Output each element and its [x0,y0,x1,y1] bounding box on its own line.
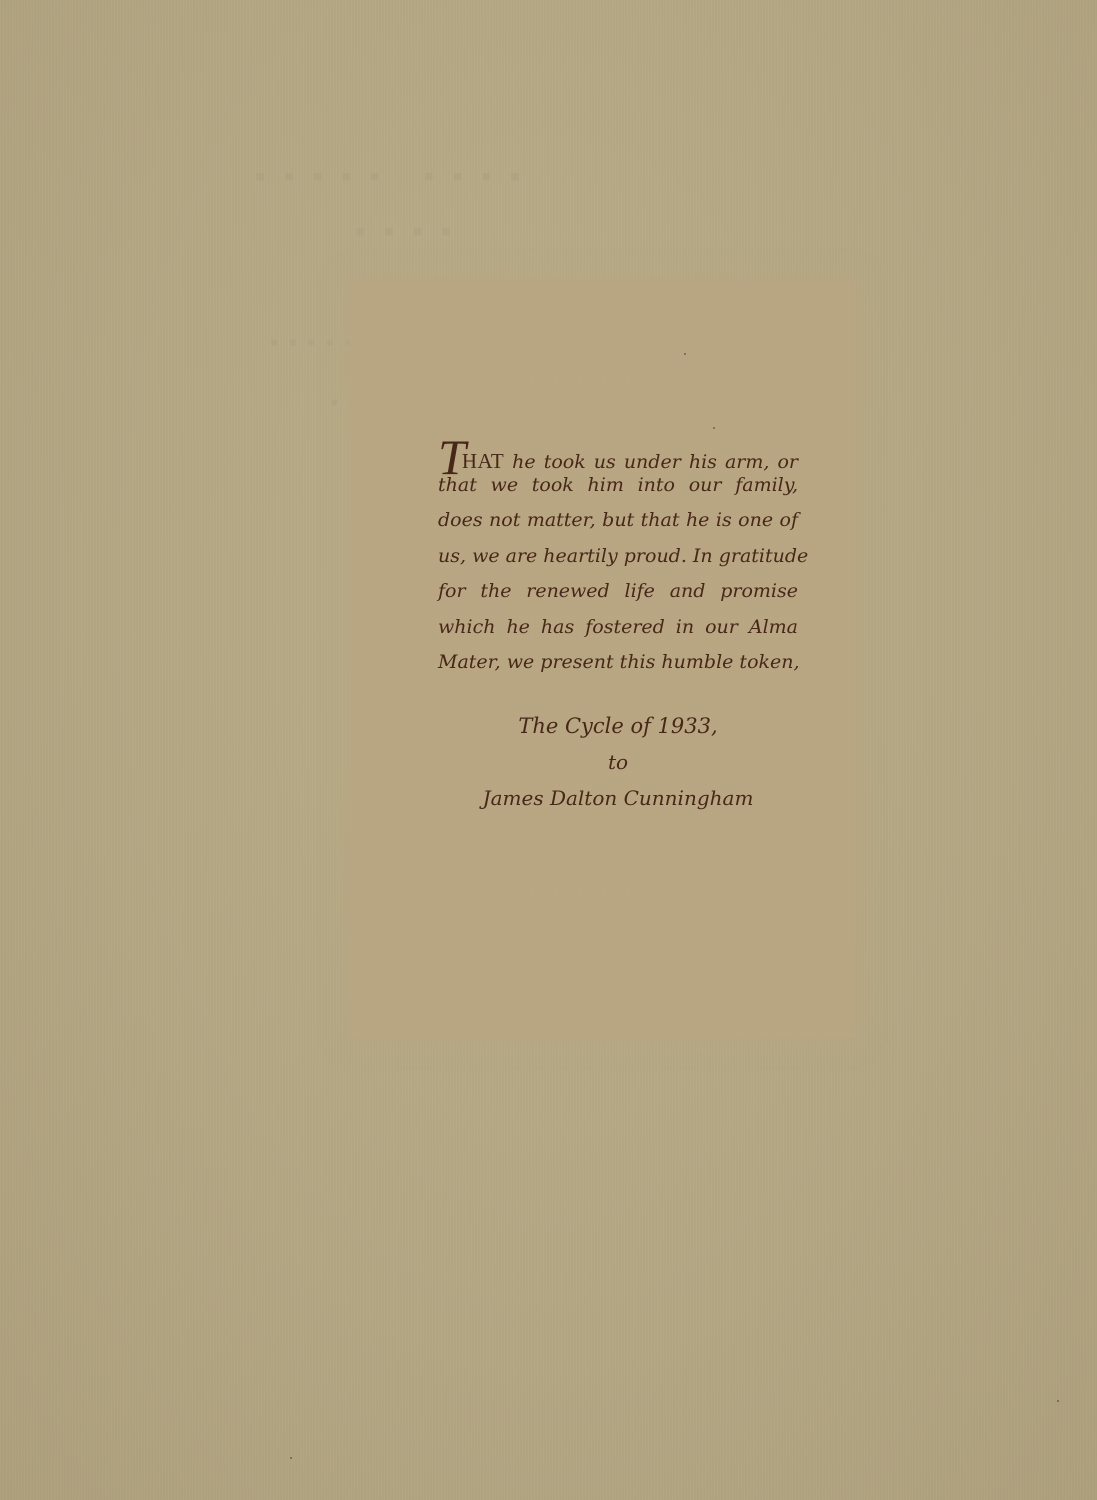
paper-speck [1057,1400,1059,1402]
dedication-line-7: Mater, we present this humble token, [438,645,798,681]
dedication-line-3: does not matter, but that he is one of [438,503,798,539]
dedication-line-2: that we took him into our family, [438,468,798,504]
bleed-through-text: ▪▪▪▪ [355,215,470,249]
paper-speck [713,427,715,429]
dedication-line-4: us, we are heartily proud. In gratitude [438,539,798,575]
recipient-name: James Dalton Cunningham [438,780,798,816]
dedication-paragraph: THAThe took us under his arm, or that we… [438,432,798,681]
dedication-line-5: for the renewed life and promise [438,574,798,610]
dedication-line-6: which he has fostered in our Alma [438,610,798,646]
yearbook-title-line: The Cycle of 1933, [438,708,798,744]
paper-speck [290,1457,292,1459]
dedication-line-1: THAThe took us under his arm, or [438,432,798,468]
paper-speck [684,353,686,355]
connector-word: to [438,744,798,780]
document-page: ▪▪▪▪▪ ▪▪▪▪ ▪▪▪▪ ▪▪▪▪▪▪ ▪▪▪▪▪▪ ▪▪▪▪ ▪▪▪▪▪… [0,0,1097,1500]
bleed-through-text: ▪▪▪▪▪ ▪▪▪▪ [255,160,538,194]
dedication-closing: The Cycle of 1933, to James Dalton Cunni… [438,708,798,816]
